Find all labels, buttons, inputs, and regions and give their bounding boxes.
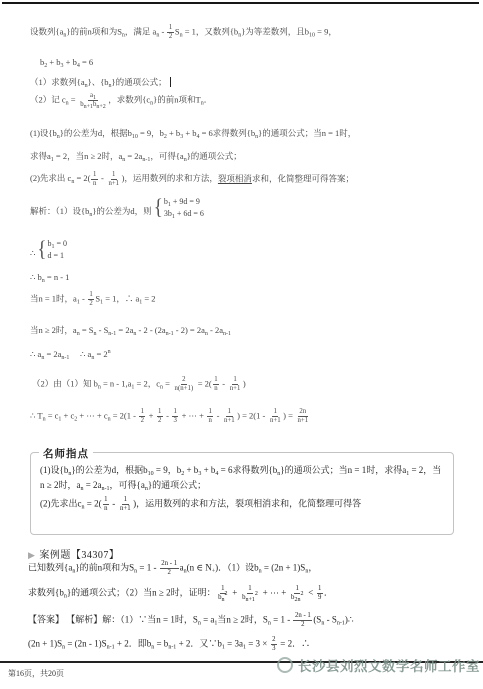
case-problem-line-2: 求数列{bn}的通项公式；（2）当n ≥ 2时，证明：1bn2 + 1bn+12… <box>28 585 333 602</box>
solution-line-bn: ∴ bn = n - 1 <box>30 271 69 283</box>
equation-system-2: { b1 = 0 d = 1 <box>37 238 67 261</box>
solution-line-an: ∴ an = 2an-1 ∴ an = 2n <box>30 348 111 360</box>
solution-line-n1: 当n = 1时，a1 - 12S1 = 1，∴ a1 = 2 <box>30 291 156 308</box>
solution-intro-line: 解析：（1）设{bn}的公差为d，则 { b1 + 9d = 9 3b1 + 6… <box>30 196 204 219</box>
left-brace: { <box>37 239 46 261</box>
hint-line-3-post: 求和，化简整理可得答案； <box>252 173 354 183</box>
equation-system-1: { b1 + 9d = 9 3b1 + 6d = 6 <box>154 196 204 219</box>
therefore-symbol: ∴ <box>30 247 35 261</box>
hint-line-3-pre: (2)先求出 cn = 2(1n - 1n+1)，运用数列的求和方法， <box>30 173 218 183</box>
problem-line-2: b2 + b3 + b4 = 6 <box>40 56 93 68</box>
equation-system-1-lines: b1 + 9d = 9 3b1 + 6d = 6 <box>164 196 204 219</box>
teacher-tips-title: 名师指点 <box>39 446 93 461</box>
teacher-tips-box: 名师指点 (1)设{bn}的公差为d，根据b10 = 9，b2 + b3 + b… <box>30 452 454 535</box>
teacher-tips-paragraph-2: (2)先求出cn = 2(1n - 1n+1)，运用数列的求和方法，裂项相消求和… <box>40 496 444 513</box>
studio-watermark: 长沙县刘烈文数学名师工作室 <box>277 655 480 675</box>
triangle-marker-icon: ▶ <box>28 550 35 560</box>
problem-line-3-text: （1）求数列{an}、{bn}的通项公式； <box>30 77 167 87</box>
hint-line-3: (2)先求出 cn = 2(1n - 1n+1)，运用数列的求和方法，裂项相消求… <box>30 171 354 188</box>
solution-therefore-line: ∴ { b1 = 0 d = 1 <box>30 238 67 261</box>
hint-line-2: 求得a1 = 2，当n ≥ 2时，an = 2an-1，可得{an}的通项公式； <box>30 150 242 162</box>
solution-line-cn: （2）由（1）知 bn = n - 1,a1 = 2，cn = 2n(n+1) … <box>32 376 246 393</box>
equation: d = 1 <box>48 250 68 262</box>
solution-line-tn: ∴ Tn = c1 + c2 + ⋯ + cn = 2(1 - 12 + 12 … <box>30 408 311 425</box>
left-brace: { <box>154 197 163 219</box>
teacher-tips-paragraph-1: (1)设{bn}的公差为d，根据b10 = 9，b2 + b3 + b4 = 6… <box>40 463 444 493</box>
case-problem-line-1: 已知数列{an}的前n项和为Sn = 1 - 2n - 12an(n ∈ N+)… <box>28 560 317 577</box>
hint-line-1: (1)设{bn}的公差为d，根据b10 = 9，b2 + b3 + b4 = 6… <box>30 127 356 139</box>
answer-line-2: (2n + 1)Sn = (2n - 1)Sn-1 + 2．即bn = bn-1… <box>28 636 310 653</box>
solution-intro-text: 解析：（1）设{bn}的公差为d，则 <box>30 205 152 219</box>
hint-line-3-underlined: 裂项相消 <box>218 173 252 183</box>
solution-line-n2: 当n ≥ 2时，an = Sn - Sn-1 = 2an - 2 - (2an-… <box>30 324 231 336</box>
studio-watermark-text: 长沙县刘烈文数学名师工作室 <box>298 659 480 674</box>
case-problem-heading: ▶案例题【34307】 <box>28 546 119 561</box>
answer-line-1: 【答案】 【解析】解：（1）∵当n = 1时，Sn = a1当n ≥ 2时，Sn… <box>28 612 354 629</box>
equation: b1 + 9d = 9 <box>164 196 204 208</box>
text-cursor <box>170 77 171 87</box>
equation: b1 = 0 <box>48 238 68 250</box>
document-page: 设数列{an}的前n项和为Sn，满足 an - 12Sn = 1，又数列{bn}… <box>0 0 483 689</box>
equation: 3b1 + 6d = 6 <box>164 208 204 220</box>
page-number: 第16页，共20页 <box>8 668 64 679</box>
top-rule <box>2 2 479 4</box>
problem-line-1: 设数列{an}的前n项和为Sn，满足 an - 12Sn = 1，又数列{bn}… <box>30 24 337 41</box>
problem-line-3: （1）求数列{an}、{bn}的通项公式； <box>30 76 171 88</box>
studio-logo-icon <box>277 657 293 673</box>
problem-line-4: （2）记 cn = a1bn+1bn+2，求数列{cn}的前n项和Tn． <box>30 92 212 109</box>
equation-system-2-lines: b1 = 0 d = 1 <box>48 238 68 261</box>
